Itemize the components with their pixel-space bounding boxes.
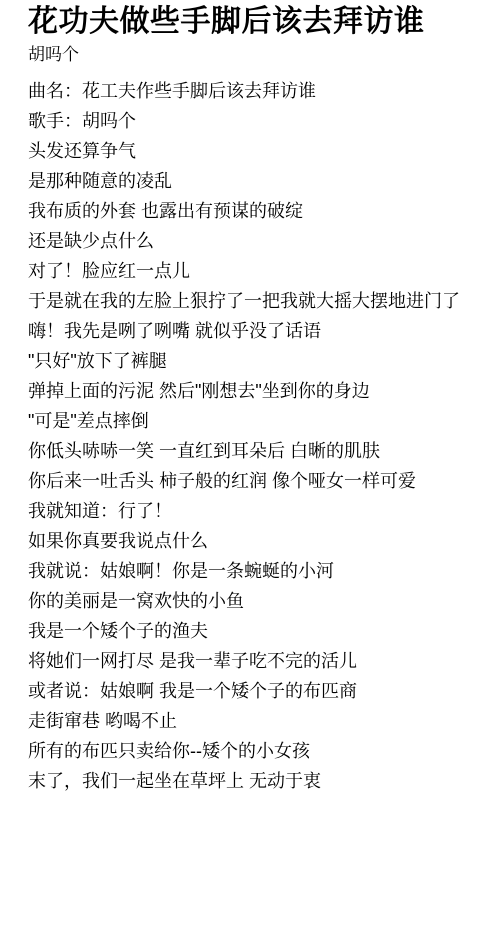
lyric-line: 是那种随意的凌乱 [28,166,500,196]
lyric-line: 于是就在我的左脸上狠拧了一把我就大摇大摆地进门了 [28,286,500,316]
page-title: 花功夫做些手脚后该去拜访谁 [28,4,500,40]
lyric-line: 曲名：花工夫作些手脚后该去拜访谁 [28,76,500,106]
lyric-line: 头发还算争气 [28,136,500,166]
lyric-line: 你的美丽是一窝欢快的小鱼 [28,586,500,616]
lyric-line: 我是一个矮个子的渔夫 [28,616,500,646]
lyric-line: 歌手：胡吗个 [28,106,500,136]
lyric-line: 我布质的外套 也露出有预谋的破绽 [28,196,500,226]
lyric-line: 所有的布匹只卖给你--矮个的小女孩 [28,736,500,766]
lyric-line: 我就说：姑娘啊！你是一条蜿蜒的小河 [28,556,500,586]
lyric-line: 弹掉上面的污泥 然后"刚想去"坐到你的身边 [28,376,500,406]
lyric-line: 你低头哧哧一笑 一直红到耳朵后 白晰的肌肤 [28,436,500,466]
lyric-line: 对了！脸应红一点儿 [28,256,500,286]
lyric-line: "只好"放下了裤腿 [28,346,500,376]
lyric-line: 末了，我们一起坐在草坪上 无动于衷 [28,766,500,796]
lyrics-lines: 曲名：花工夫作些手脚后该去拜访谁歌手：胡吗个头发还算争气是那种随意的凌乱我布质的… [28,76,500,796]
lyric-line: "可是"差点摔倒 [28,406,500,436]
lyric-line: 走街窜巷 哟喝不止 [28,706,500,736]
lyric-line: 或者说：姑娘啊 我是一个矮个子的布匹商 [28,676,500,706]
lyric-line: 将她们一网打尽 是我一辈子吃不完的活儿 [28,646,500,676]
lyric-line: 如果你真要我说点什么 [28,526,500,556]
lyric-line: 我就知道：行了！ [28,496,500,526]
lyric-line: 嗨！我先是咧了咧嘴 就似乎没了话语 [28,316,500,346]
lyric-line: 你后来一吐舌头 柿子般的红润 像个哑女一样可爱 [28,466,500,496]
lyrics-page: 花功夫做些手脚后该去拜访谁 胡吗个 曲名：花工夫作些手脚后该去拜访谁歌手：胡吗个… [0,0,500,796]
artist-name: 胡吗个 [28,44,500,66]
lyric-line: 还是缺少点什么 [28,226,500,256]
